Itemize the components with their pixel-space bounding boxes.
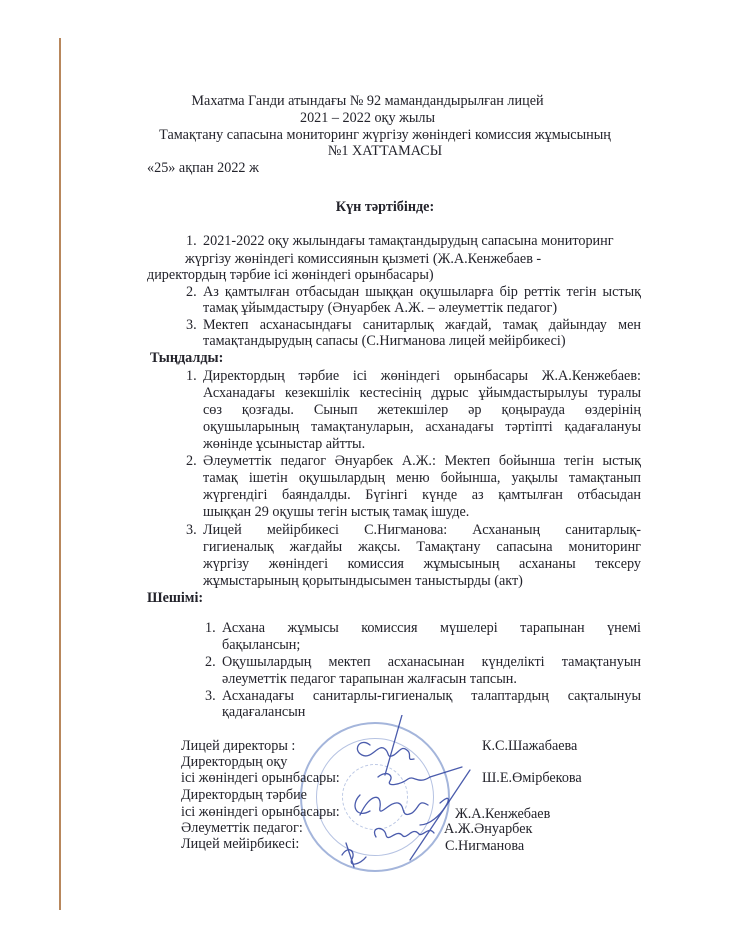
decision-item-number: 3. (205, 688, 216, 705)
heard-item-line: жүргендігі баяндалды. Бүгінгі күнде аз қ… (203, 487, 641, 504)
signature-name: А.Ж.Әнуарбек (444, 821, 532, 838)
protocol-date: «25» ақпан 2022 ж (147, 160, 259, 177)
decision-item-line: Асхана жұмысы комиссия мүшелері тарапына… (222, 620, 641, 637)
decision-title: Шешімі: (147, 590, 203, 607)
heard-item-line: жұмыстарының қорытындысымен таныстырды (… (203, 573, 523, 590)
heard-item-number: 3. (186, 522, 197, 539)
agenda-item-number: 2. (186, 284, 197, 301)
agenda-item-line: тамақтандырудың сапасы (С.Нигманова лице… (203, 333, 566, 350)
heard-item-line: Директордың тәрбие ісі жөніндегі орынбас… (203, 368, 641, 385)
academic-year: 2021 – 2022 оқу жылы (0, 110, 735, 127)
decision-item-line: Оқушылардың мектеп асханасынан күнделікт… (222, 654, 641, 671)
agenda-item-line: тамақ ұйымдастыру (Әнуарбек А.Ж. – әлеум… (203, 300, 557, 317)
signature-role: Лицей директоры : (181, 738, 295, 755)
signature-role: Лицей мейірбикесі: (181, 836, 299, 853)
official-stamp (300, 722, 450, 872)
signature-role: Директордың тәрбие (181, 787, 307, 804)
heard-title: Тыңдалды: (150, 350, 223, 367)
agenda-item-line: жүргізу жөніндегі комиссиянын қызметі (Ж… (185, 251, 541, 268)
heard-item-line: Әлеуметтік педагог Әнуарбек А.Ж.: Мектеп… (203, 453, 641, 470)
signature-role: Әлеуметтік педагог: (181, 820, 303, 837)
heard-item-line: оқушыларының тамақтануларын, асханадағы … (203, 419, 641, 436)
protocol-number: №1 ХАТТАМАСЫ (0, 143, 735, 160)
agenda-item-line: директордың тәрбие ісі жөніндегі орынбас… (147, 267, 434, 284)
signature-name: Ш.Е.Өмірбекова (482, 770, 582, 787)
agenda-item-line: Аз қамтылған отбасыдан шыққан оқушыларға… (203, 284, 641, 301)
agenda-item-line: Мектеп асханасындағы санитарлық жағдай, … (203, 317, 641, 334)
agenda-item-line: 2021-2022 оқу жылындағы тамақтандырудың … (203, 233, 614, 250)
signature-role: ісі жөніндегі орынбасары: (181, 770, 340, 787)
heard-item-line: тамақ ішетін оқушылардың меню бойынша, у… (203, 470, 641, 487)
heard-item-number: 1. (186, 368, 197, 385)
agenda-title: Күн тәртібінде: (0, 199, 735, 216)
heard-item-number: 2. (186, 453, 197, 470)
agenda-item-number: 1. (186, 233, 197, 250)
signature-role: Директордың оқу (181, 754, 287, 771)
heard-item-line: жөнінде ұсыныстар айтты. (203, 436, 365, 453)
signature-role: ісі жөніндегі орынбасары: (181, 804, 340, 821)
decision-item-line: бақылансын; (222, 637, 300, 654)
page-edge-line (59, 38, 61, 910)
decision-item-number: 1. (205, 620, 216, 637)
decision-item-line: әлеуметтік педагог тарапынан жалғасын та… (222, 671, 517, 688)
signature-name: К.С.Шажабаева (482, 738, 577, 755)
signature-name: С.Нигманова (445, 838, 524, 855)
decision-item-number: 2. (205, 654, 216, 671)
heard-item-line: сөз қозғады. Сынып жетекшілер әр қоңырау… (203, 402, 641, 419)
decision-item-line: қадағалансын (222, 704, 305, 721)
decision-item-line: Асханадағы санитарлы-гигиеналық талаптар… (222, 688, 641, 705)
heard-item-line: Лицей мейірбикесі С.Нигманова: Асхананың… (203, 522, 641, 539)
institution-title: Махатма Ганди атындағы № 92 мамандандыры… (0, 93, 735, 110)
heard-item-line: жүргізу жөніндегі комиссия жұмысының асх… (203, 556, 641, 573)
heard-item-line: шыққан 29 оқушы тегін ыстық тамақ ішуде. (203, 504, 469, 521)
commission-title: Тамақтану сапасына мониторинг жүргізу жө… (0, 127, 735, 144)
agenda-item-number: 3. (186, 317, 197, 334)
heard-item-line: Асханадағы кезекшілік кестесінің дұрыс ұ… (203, 385, 641, 402)
heard-item-line: гигиеналық жағдайы жақсы. Тамақтану сапа… (203, 539, 641, 556)
